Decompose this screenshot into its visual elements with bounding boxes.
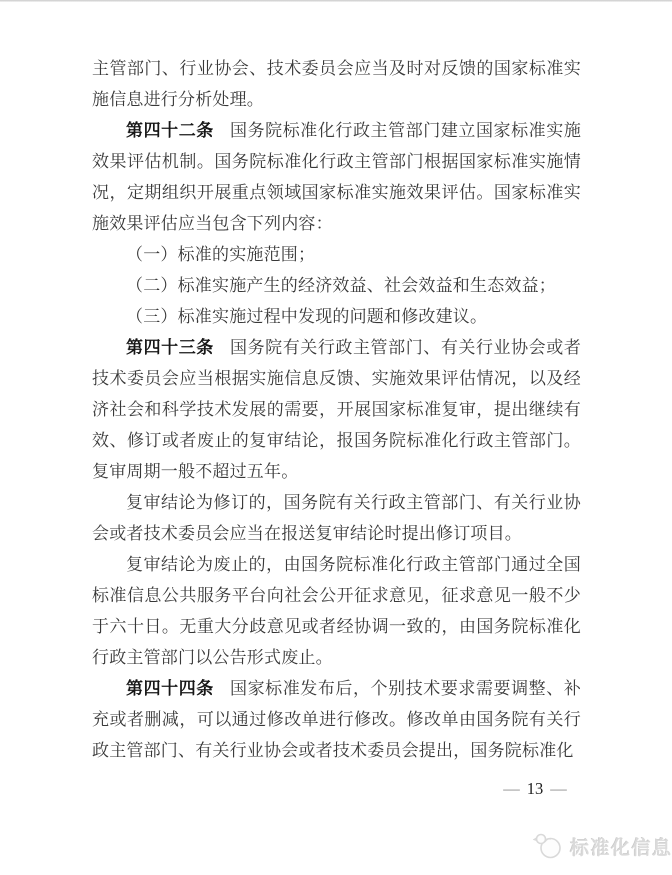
watermark: 标准化信息	[533, 831, 672, 861]
paragraph: 复审结论为修订的，国务院有关行政主管部门、有关行业协会或者技术委员会应当在报送复…	[92, 487, 581, 549]
page-number-value: 13	[520, 779, 551, 798]
page-number: —13—	[492, 779, 578, 799]
paragraph: 第四十三条国务院有关行政主管部门、有关行业协会或者技术委员会应当根据实施信息反馈…	[92, 332, 581, 487]
article-number: 第四十三条	[126, 338, 214, 357]
paragraph: （三）标准实施过程中发现的问题和修改建议。	[92, 301, 581, 332]
paragraph-text: （二）标准实施产生的经济效益、社会效益和生态效益；	[126, 276, 556, 295]
paragraph-text: 复审结论为废止的，由国务院标准化行政主管部门通过全国标准信息公共服务平台向社会公…	[92, 555, 581, 667]
paragraph-text: 主管部门、行业协会、技术委员会应当及时对反馈的国家标准实施信息进行分析处理。	[92, 59, 581, 109]
paragraph: 第四十二条国务院标准化行政主管部门建立国家标准实施效果评估机制。国务院标准化行政…	[92, 115, 581, 239]
page-number-dash-left: —	[503, 779, 520, 798]
page-number-dash-right: —	[550, 779, 567, 798]
paragraph-text: 复审结论为修订的，国务院有关行政主管部门、有关行业协会或者技术委员会应当在报送复…	[92, 493, 581, 543]
watermark-label: 标准化信息	[570, 833, 672, 860]
paragraph: （一）标准的实施范围；	[92, 239, 581, 270]
article-number: 第四十二条	[126, 121, 214, 140]
paragraph: 第四十四条国家标准发布后，个别技术要求需要调整、补充或者删减，可以通过修改单进行…	[92, 673, 581, 766]
bird-logo-icon	[533, 831, 565, 861]
document-page: 主管部门、行业协会、技术委员会应当及时对反馈的国家标准实施信息进行分析处理。 第…	[0, 0, 672, 875]
paragraph-text: （三）标准实施过程中发现的问题和修改建议。	[126, 307, 487, 326]
paragraph-text: （一）标准的实施范围；	[126, 245, 315, 264]
paragraph: 复审结论为废止的，由国务院标准化行政主管部门通过全国标准信息公共服务平台向社会公…	[92, 549, 581, 673]
paragraph: 主管部门、行业协会、技术委员会应当及时对反馈的国家标准实施信息进行分析处理。	[92, 53, 581, 115]
paragraph: （二）标准实施产生的经济效益、社会效益和生态效益；	[92, 270, 581, 301]
page-top-edge	[0, 0, 672, 2]
paragraph-text: 国务院有关行政主管部门、有关行业协会或者技术委员会应当根据实施信息反馈、实施效果…	[92, 338, 581, 481]
document-body: 主管部门、行业协会、技术委员会应当及时对反馈的国家标准实施信息进行分析处理。 第…	[92, 53, 581, 766]
article-number: 第四十四条	[126, 679, 214, 698]
